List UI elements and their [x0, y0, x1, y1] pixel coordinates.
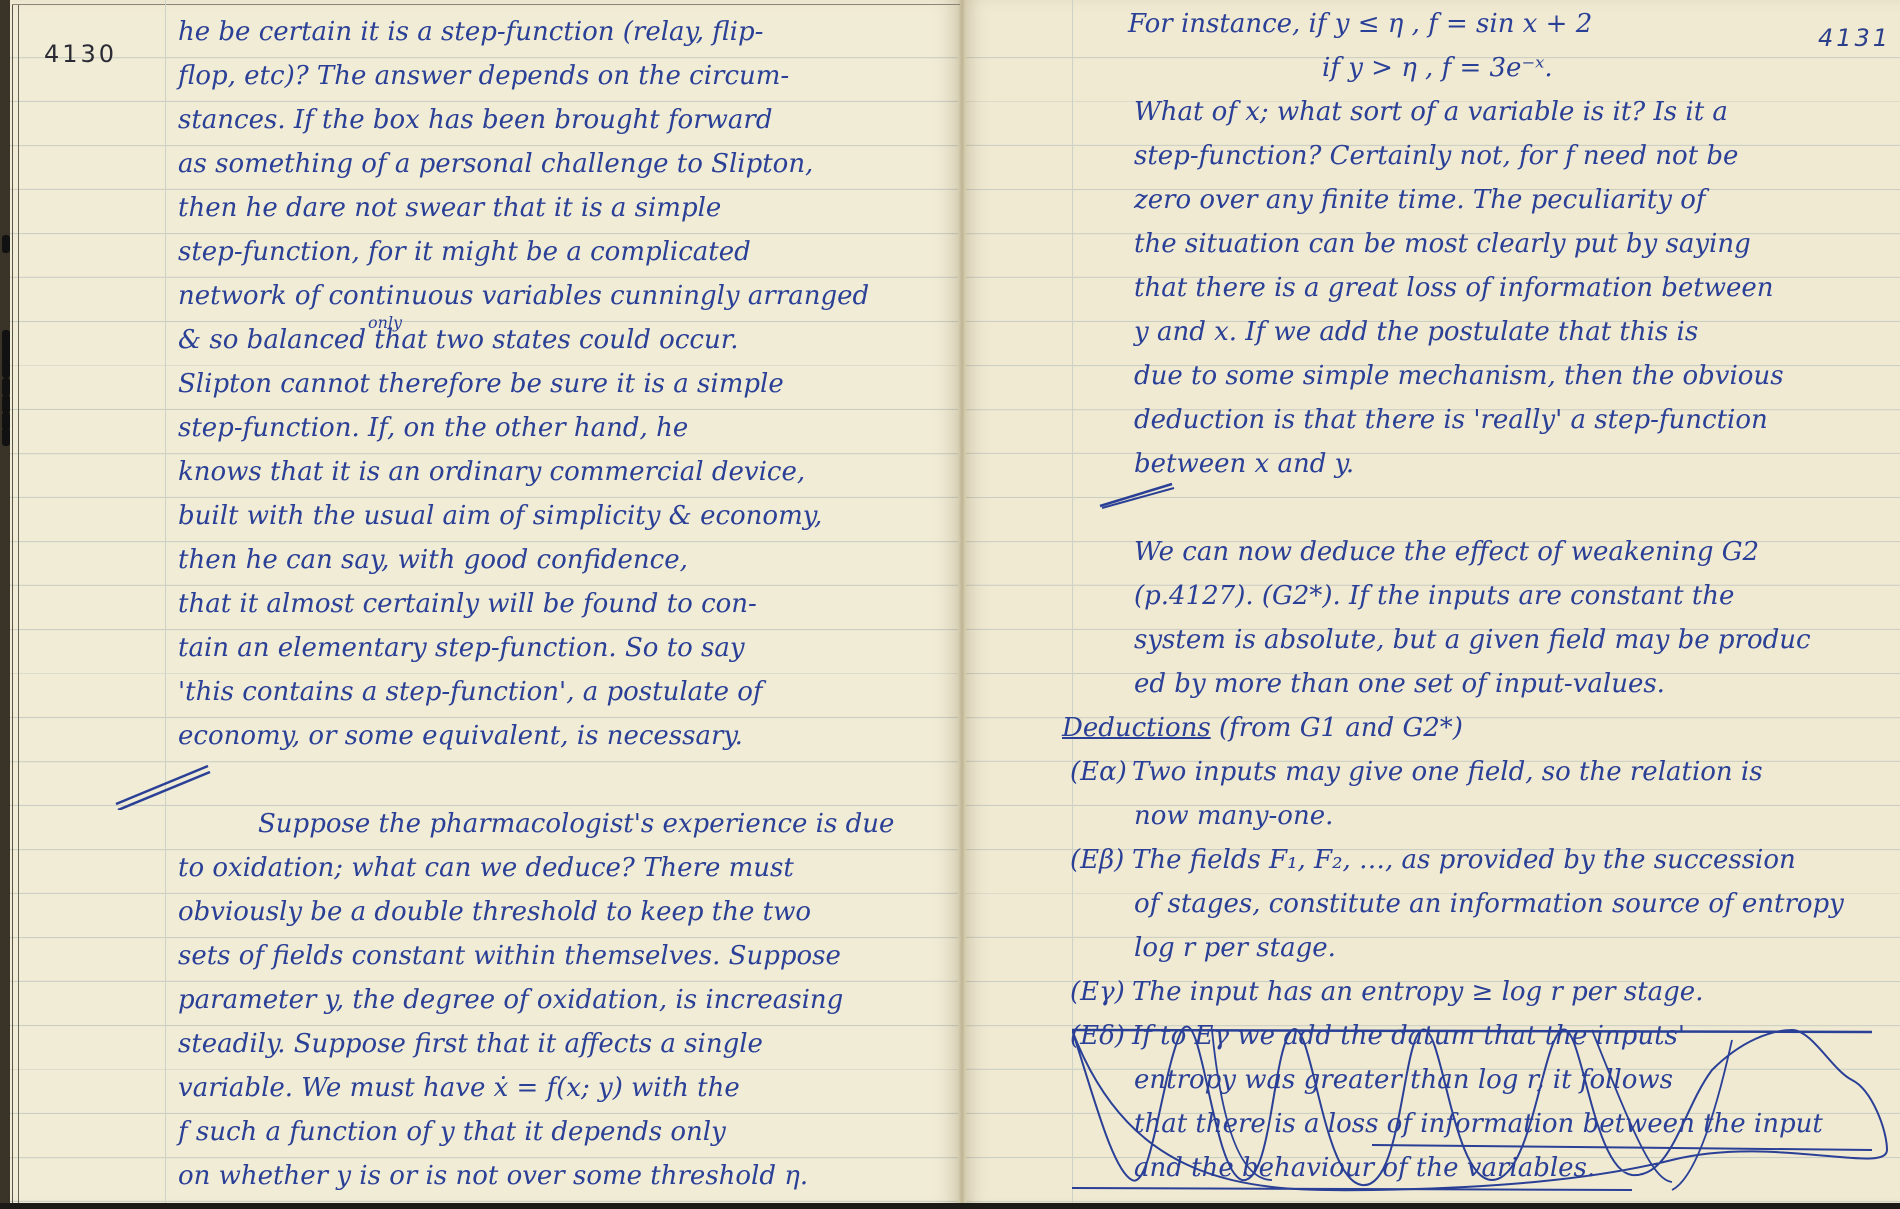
para2-line-3: ed by more than one set of input-values.	[1134, 669, 1665, 699]
line-5: y and x. If we add the postulate that th…	[1134, 317, 1698, 347]
deductions-heading: Deductions	[1062, 713, 1211, 743]
inserted-word: only	[368, 301, 402, 345]
line-1: step-function? Certainly not, for f need…	[1134, 141, 1738, 171]
deduction-text: and the behaviour of the variables.	[1134, 1153, 1595, 1183]
text-line: then he dare not swear that it is a simp…	[178, 186, 958, 230]
line-25: f such a function of y that it depends o…	[178, 1117, 726, 1147]
text-line: as something of a personal challenge to …	[178, 142, 958, 186]
page-gutter	[958, 0, 966, 1209]
line-22: parameter y, the degree of oxidation, is…	[178, 985, 843, 1015]
line-16: economy, or some equivalent, is necessar…	[178, 721, 743, 751]
text-line: economy, or some equivalent, is necessar…	[178, 714, 958, 758]
deduction-item: (Eγ)The input has an entropy ≥ log r per…	[1070, 970, 1894, 1014]
text-line: step-function. If, on the other hand, he	[178, 406, 958, 450]
deduction-continuation: now many-one.	[1134, 794, 1894, 838]
text-line: only& so balanced that two states could …	[178, 318, 958, 362]
text-line: built with the usual aim of simplicity &…	[178, 494, 958, 538]
deduction-text: If to Eγ we add the datum that the input…	[1132, 1021, 1685, 1051]
notebook-spine-edge	[0, 0, 10, 1209]
deduction-continuation: log r per stage.	[1134, 926, 1894, 970]
deduction-text: entropy was greater than log r, it follo…	[1134, 1065, 1673, 1095]
line-20: obviously be a double threshold to keep …	[178, 897, 811, 927]
text-line: system is absolute, but a given field ma…	[1134, 618, 1894, 662]
deduction-label: (Eγ)	[1070, 970, 1132, 1014]
line-5: step-function, for it might be a complic…	[178, 237, 751, 267]
text-line: due to some simple mechanism, then the o…	[1134, 354, 1894, 398]
line-10: knows that it is an ordinary commercial …	[178, 457, 805, 487]
deduction-continuation: of stages, constitute an information sou…	[1134, 882, 1894, 926]
page-border-line	[12, 4, 960, 5]
line-3: the situation can be most clearly put by…	[1134, 229, 1751, 259]
deduction-text: The fields F₁, F₂, …, as provided by the…	[1132, 845, 1796, 875]
line-23: steadily. Suppose first that it affects …	[178, 1029, 763, 1059]
line-1: flop, etc)? The answer depends on the ci…	[178, 61, 789, 91]
section-break	[178, 758, 958, 802]
line-14: tain an elementary step-function. So to …	[178, 633, 745, 663]
text-line: step-function, for it might be a complic…	[178, 230, 958, 274]
text-line: he be certain it is a step-function (rel…	[178, 10, 958, 54]
text-line: What of x; what sort of a variable is it…	[1134, 90, 1894, 134]
line-9: step-function. If, on the other hand, he	[178, 413, 688, 443]
page-number-left: 4130	[44, 40, 117, 68]
equation-1: For instance, if y ≤ η , f = sin x + 2	[1128, 9, 1592, 39]
text-line: to oxidation; what can we deduce? There …	[178, 846, 958, 890]
line-12: then he can say, with good confidence,	[178, 545, 688, 575]
deduction-text: The input has an entropy ≥ log r per sta…	[1132, 977, 1703, 1007]
text-line: deduction is that there is 'really' a st…	[1134, 398, 1894, 442]
equation-2: if y > η , f = 3e⁻ˣ.	[1322, 53, 1553, 83]
line-4: that there is a great loss of informatio…	[1134, 273, 1774, 303]
deduction-continuation: that there is a loss of information betw…	[1134, 1102, 1894, 1146]
text-line: parameter y, the degree of oxidation, is…	[178, 978, 958, 1022]
deduction-text: now many-one.	[1134, 801, 1333, 831]
equation-line: For instance, if y ≤ η , f = sin x + 2	[1128, 2, 1894, 46]
para2-line-2: system is absolute, but a given field ma…	[1134, 625, 1811, 655]
deductions-heading-line: Deductions (from G1 and G2*)	[1062, 706, 1894, 750]
line-21: sets of fields constant within themselve…	[178, 941, 841, 971]
line-3: as something of a personal challenge to …	[178, 149, 813, 179]
line-0: he be certain it is a step-function (rel…	[178, 17, 763, 47]
text-line: (p.4127). (G2*). If the inputs are const…	[1134, 574, 1894, 618]
text-line: tain an elementary step-function. So to …	[178, 626, 958, 670]
deduction-continuation: entropy was greater than log r, it follo…	[1134, 1058, 1894, 1102]
deduction-item: (Eα)Two inputs may give one field, so th…	[1070, 750, 1894, 794]
deduction-item-struck: (Eδ)If to Eγ we add the datum that the i…	[1070, 1014, 1894, 1058]
text-line: that it almost certainly will be found t…	[178, 582, 958, 626]
line-15: 'this contains a step-function', a postu…	[178, 677, 763, 707]
right-page-text: For instance, if y ≤ η , f = sin x + 2 i…	[1134, 2, 1894, 1190]
text-line: network of continuous variables cunningl…	[178, 274, 958, 318]
page-bottom-edge	[0, 1203, 1900, 1209]
page-border-line	[12, 4, 13, 1209]
equation-line: if y > η , f = 3e⁻ˣ.	[1134, 46, 1894, 90]
page-border-line	[18, 4, 19, 1209]
deduction-text: that there is a loss of information betw…	[1134, 1109, 1823, 1139]
deduction-label: (Eβ)	[1070, 838, 1132, 882]
deduction-text: log r per stage.	[1134, 933, 1336, 963]
deduction-continuation: and the behaviour of the variables.	[1134, 1146, 1894, 1190]
line-8: between x and y.	[1134, 449, 1354, 479]
text-line: between x and y.	[1134, 442, 1894, 486]
deduction-label: (Eδ)	[1070, 1014, 1132, 1058]
text-line: y and x. If we add the postulate that th…	[1134, 310, 1894, 354]
text-line: steadily. Suppose first that it affects …	[178, 1022, 958, 1066]
text-line: step-function? Certainly not, for f need…	[1134, 134, 1894, 178]
text-line: then he can say, with good confidence,	[178, 538, 958, 582]
text-line: on whether y is or is not over some thre…	[178, 1154, 958, 1198]
notebook-spread: 4130 he be certain it is a step-function…	[0, 0, 1900, 1209]
text-line: 'this contains a step-function', a postu…	[178, 670, 958, 714]
line-2: zero over any finite time. The peculiari…	[1134, 185, 1706, 215]
text-line: variable. We must have ẋ = f(x; y) with …	[178, 1066, 958, 1110]
line-11: built with the usual aim of simplicity &…	[178, 501, 822, 531]
text-line: stances. If the box has been brought for…	[178, 98, 958, 142]
line-13: that it almost certainly will be found t…	[178, 589, 757, 619]
text-line: that there is a great loss of informatio…	[1134, 266, 1894, 310]
section-divider-mark	[1098, 480, 1178, 510]
line-6: due to some simple mechanism, then the o…	[1134, 361, 1784, 391]
section-break	[1134, 486, 1894, 530]
text-line: We can now deduce the effect of weakenin…	[1134, 530, 1894, 574]
line-6: network of continuous variables cunningl…	[178, 281, 869, 311]
line-18: Suppose the pharmacologist's experience …	[258, 809, 894, 839]
deduction-item: (Eβ)The fields F₁, F₂, …, as provided by…	[1070, 838, 1894, 882]
line-4: then he dare not swear that it is a simp…	[178, 193, 721, 223]
text-line: the situation can be most clearly put by…	[1134, 222, 1894, 266]
deduction-text: Two inputs may give one field, so the re…	[1132, 757, 1763, 787]
left-margin-rule	[165, 0, 166, 1209]
text-line: sets of fields constant within themselve…	[178, 934, 958, 978]
text-line: Slipton cannot therefore be sure it is a…	[178, 362, 958, 406]
line-0: What of x; what sort of a variable is it…	[1134, 97, 1728, 127]
deduction-label: (Eα)	[1070, 750, 1132, 794]
deductions-source: (from G1 and G2*)	[1211, 713, 1463, 743]
line-8: Slipton cannot therefore be sure it is a…	[178, 369, 784, 399]
text-line: f such a function of y that it depends o…	[178, 1110, 958, 1154]
left-page-text: he be certain it is a step-function (rel…	[178, 10, 958, 1198]
text-line: flop, etc)? The answer depends on the ci…	[178, 54, 958, 98]
line-2: stances. If the box has been brought for…	[178, 105, 772, 135]
text-line: knows that it is an ordinary commercial …	[178, 450, 958, 494]
line-24: variable. We must have ẋ = f(x; y) with …	[178, 1073, 740, 1103]
para2-line-0: We can now deduce the effect of weakenin…	[1134, 537, 1759, 567]
text-line: Suppose the pharmacologist's experience …	[178, 802, 958, 846]
text-line: zero over any finite time. The peculiari…	[1134, 178, 1894, 222]
text-line: ed by more than one set of input-values.	[1134, 662, 1894, 706]
line-19: to oxidation; what can we deduce? There …	[178, 853, 794, 883]
para2-line-1: (p.4127). (G2*). If the inputs are const…	[1134, 581, 1734, 611]
deduction-text: of stages, constitute an information sou…	[1134, 889, 1844, 919]
line-7: deduction is that there is 'really' a st…	[1134, 405, 1768, 435]
section-divider-mark	[112, 760, 212, 810]
line-26: on whether y is or is not over some thre…	[178, 1161, 808, 1191]
line-7: & so balanced that two states could occu…	[178, 325, 739, 355]
text-line: obviously be a double threshold to keep …	[178, 890, 958, 934]
